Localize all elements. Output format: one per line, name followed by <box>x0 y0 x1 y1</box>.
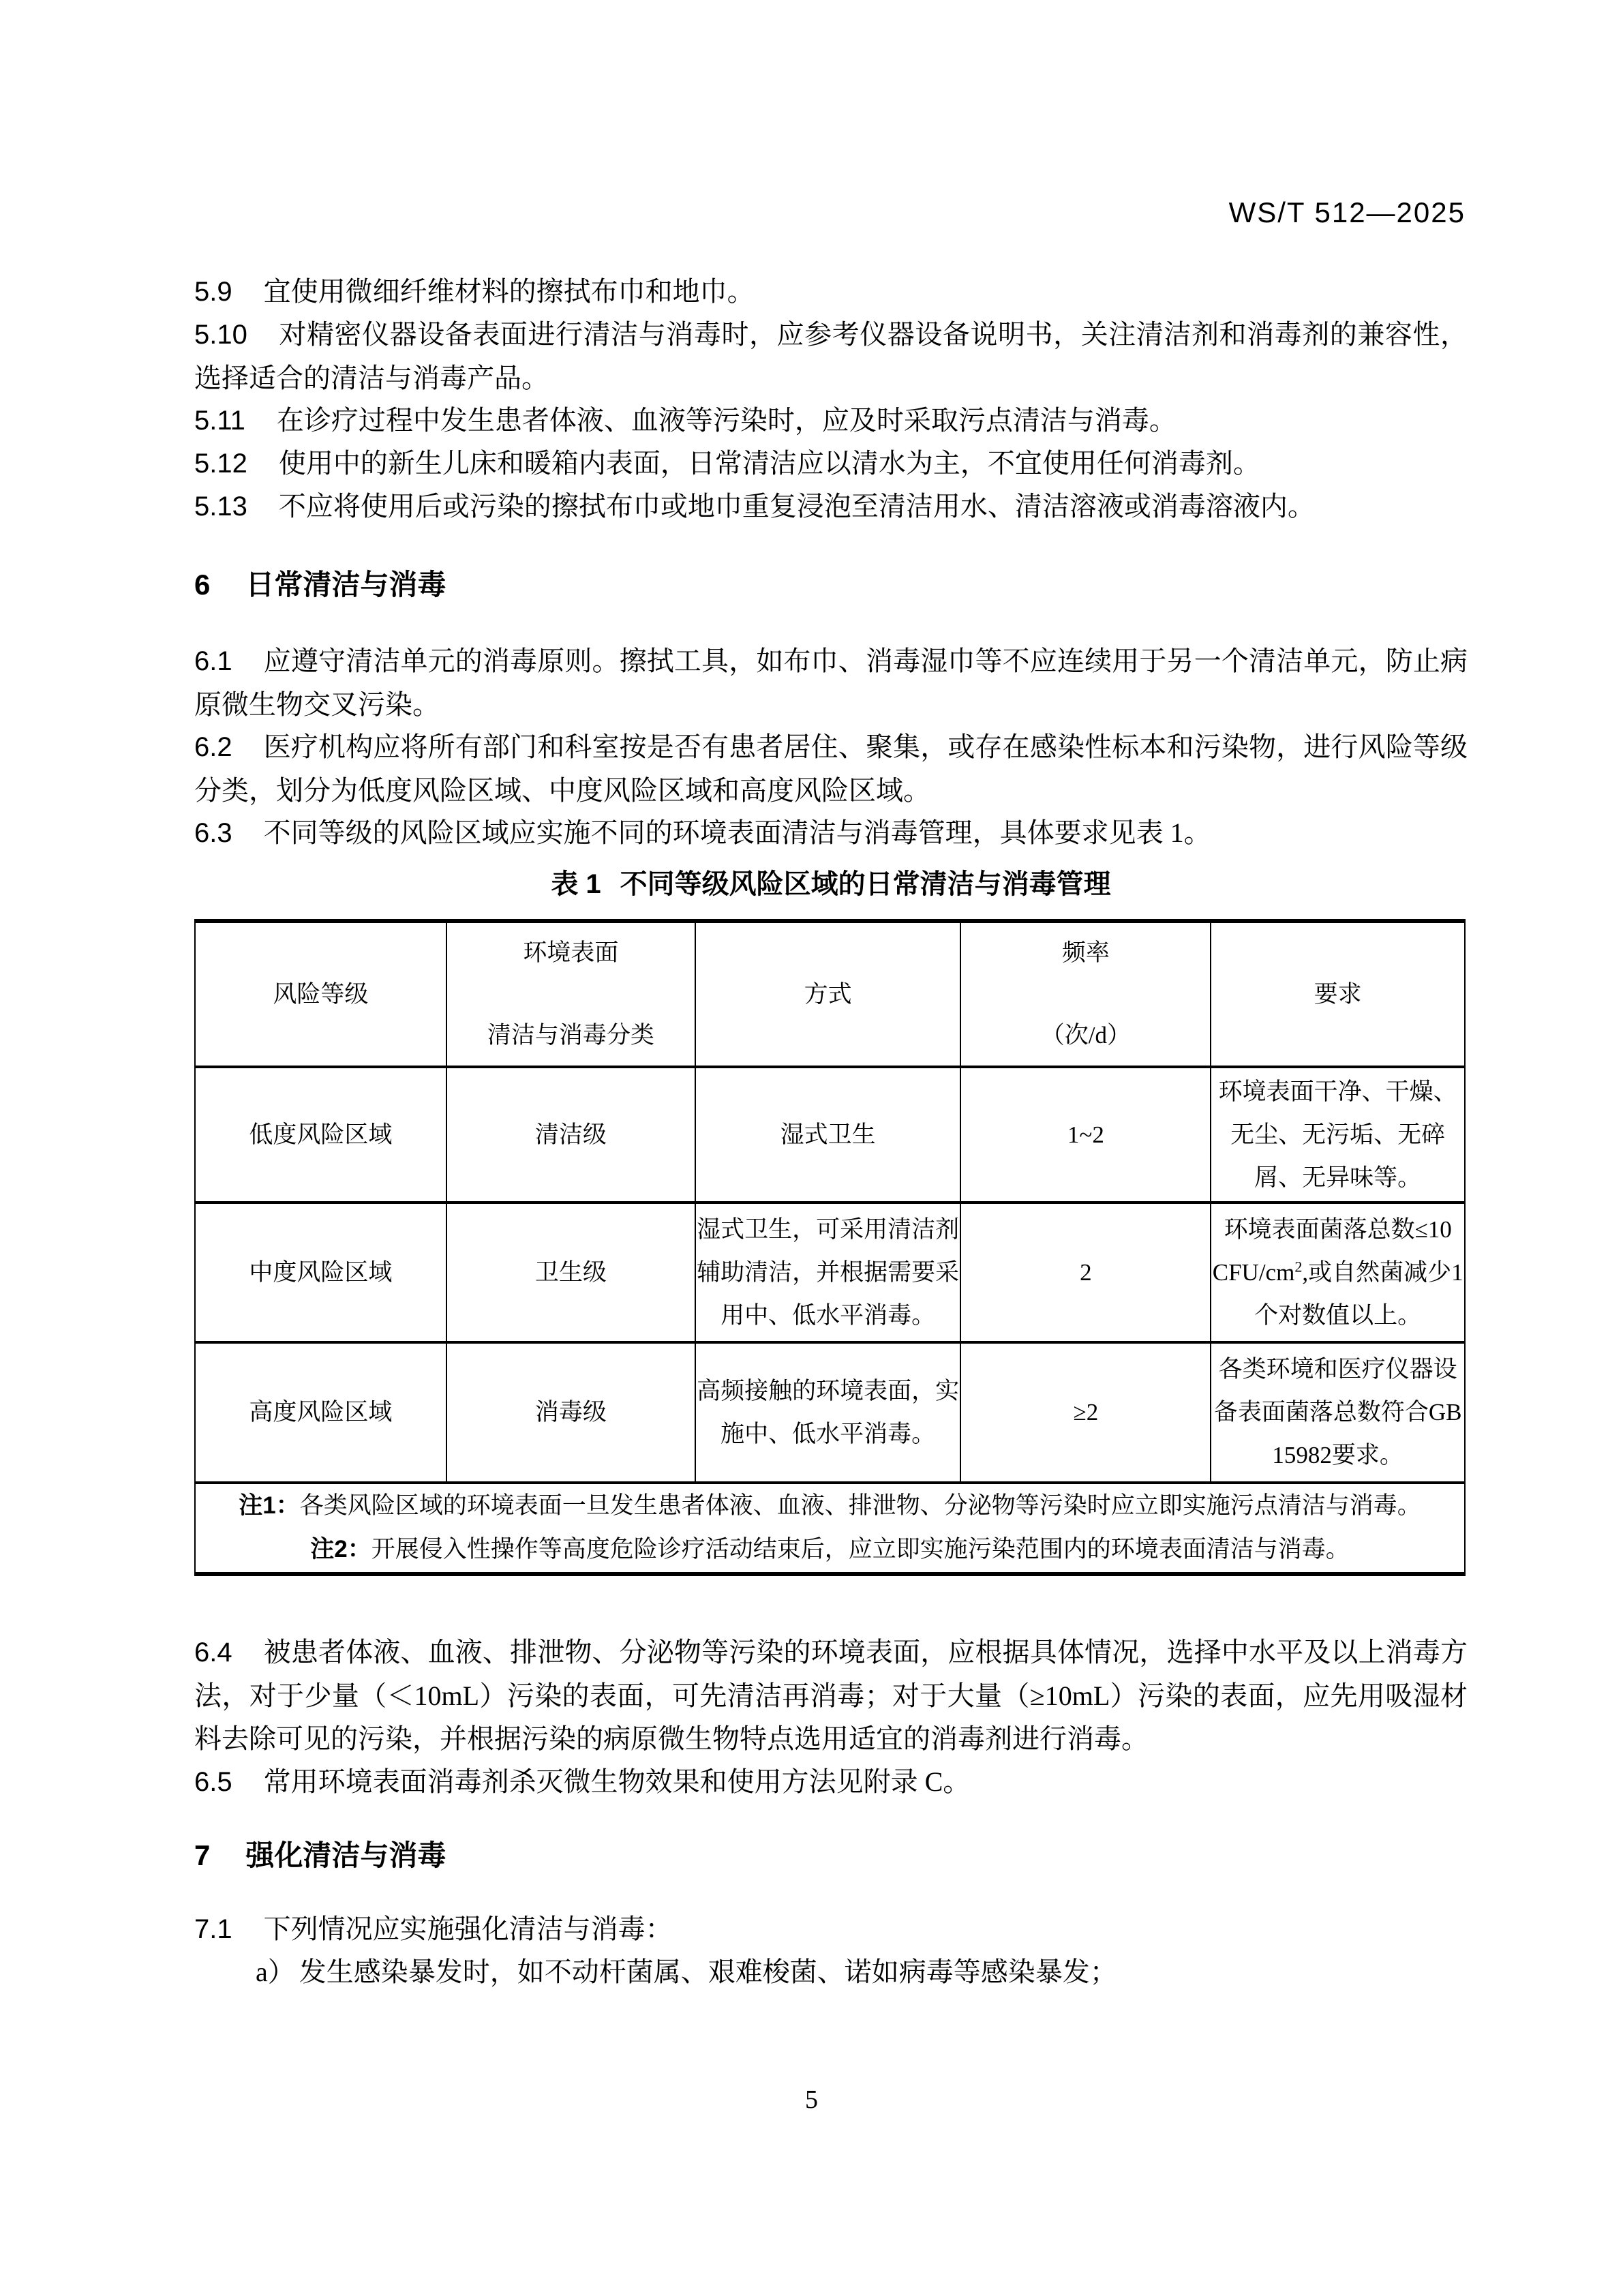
clause-7-1: 7.1下列情况应实施强化清洁与消毒： <box>194 1907 1468 1951</box>
clause-number: 6.4 <box>194 1637 232 1667</box>
clause-number: 6.1 <box>194 646 232 676</box>
cell-freq-low: 1~2 <box>960 1067 1211 1203</box>
header-method: 方式 <box>695 921 960 1067</box>
section-6-heading: 6日常清洁与消毒 <box>194 563 1468 606</box>
page-number: 5 <box>0 2085 1623 2115</box>
cell-class-high: 消毒级 <box>446 1342 695 1483</box>
req-medium-superscript: 2 <box>1294 1258 1302 1275</box>
clause-text: 被患者体液、血液、排泄物、分泌物等污染的环境表面，应根据具体情况，选择中水平及以… <box>194 1637 1468 1754</box>
header-frequency-line1: 频率 <box>961 931 1210 974</box>
table-row-high-risk: 高度风险区域 消毒级 高频接触的环境表面，实施中、低水平消毒。 ≥2 各类环境和… <box>195 1342 1465 1483</box>
clause-number: 5.9 <box>194 277 232 307</box>
clause-text: 使用中的新生儿床和暖箱内表面，日常清洁应以清水为主，不宜使用任何消毒剂。 <box>279 448 1260 479</box>
header-surface-class: 环境表面 清洁与消毒分类 <box>446 921 695 1067</box>
clause-text: 不同等级的风险区域应实施不同的环境表面清洁与消毒管理，具体要求见表 1。 <box>264 817 1211 848</box>
header-surface-class-line1: 环境表面 <box>447 931 695 974</box>
clause-text: 对精密仪器设备表面进行清洁与消毒时，应参考仪器设备说明书，关注清洁剂和消毒剂的兼… <box>194 319 1468 393</box>
table-note-2: 注2：开展侵入性操作等高度危险诊疗活动结束后，应立即实施污染范围内的环境表面清洁… <box>196 1528 1464 1571</box>
list-item-text: 发生感染暴发时，如不动杆菌属、艰难梭菌、诺如病毒等感染暴发； <box>299 1957 1117 1987</box>
table-caption-label: 表 1 <box>551 869 601 899</box>
section-number: 7 <box>194 1839 210 1871</box>
list-item-label: a） <box>256 1957 295 1987</box>
clause-text: 下列情况应实施强化清洁与消毒： <box>264 1914 673 1944</box>
clause-text: 医疗机构应将所有部门和科室按是否有患者居住、聚集，或存在感染性标本和污染物，进行… <box>194 731 1468 806</box>
cell-method-high: 高频接触的环境表面，实施中、低水平消毒。 <box>695 1342 960 1483</box>
cell-class-medium: 卫生级 <box>446 1203 695 1342</box>
table-notes-row: 注1：各类风险区域的环境表面一旦发生患者体液、血液、排泄物、分泌物等污染时应立即… <box>195 1483 1465 1574</box>
section-7-heading: 7强化清洁与消毒 <box>194 1834 1468 1877</box>
clause-5-10: 5.10对精密仪器设备表面进行清洁与消毒时，应参考仪器设备说明书，关注清洁剂和消… <box>194 313 1468 399</box>
doc-number-header: WS/T 512—2025 <box>194 196 1466 229</box>
clause-6-1: 6.1应遵守清洁单元的消毒原则。擦拭工具，如布巾、消毒湿巾等不应连续用于另一个清… <box>194 639 1468 726</box>
clause-number: 5.13 <box>194 492 247 522</box>
clause-number: 6.5 <box>194 1767 232 1797</box>
section-title: 日常清洁与消毒 <box>245 569 446 601</box>
table-notes: 注1：各类风险区域的环境表面一旦发生患者体液、血液、排泄物、分泌物等污染时应立即… <box>195 1483 1465 1574</box>
clause-text: 在诊疗过程中发生患者体液、血液等污染时，应及时采取污点清洁与消毒。 <box>277 405 1177 436</box>
header-frequency: 频率 （次/d） <box>960 921 1211 1067</box>
table-caption-text: 不同等级风险区域的日常清洁与消毒管理 <box>620 869 1111 899</box>
clause-6-4: 6.4被患者体液、血液、排泄物、分泌物等污染的环境表面，应根据具体情况，选择中水… <box>194 1631 1468 1760</box>
clause-number: 6.2 <box>194 732 232 762</box>
header-risk-level: 风险等级 <box>195 921 446 1067</box>
section-title: 强化清洁与消毒 <box>245 1839 446 1871</box>
cell-req-high: 各类环境和医疗仪器设备表面菌落总数符合GB 15982要求。 <box>1211 1342 1465 1483</box>
table-1-caption: 表 1不同等级风险区域的日常清洁与消毒管理 <box>194 863 1468 906</box>
clause-text: 常用环境表面消毒剂杀灭微生物效果和使用方法见附录 C。 <box>264 1766 971 1797</box>
clause-6-5: 6.5常用环境表面消毒剂杀灭微生物效果和使用方法见附录 C。 <box>194 1760 1468 1804</box>
header-frequency-line2: （次/d） <box>961 1014 1210 1057</box>
header-surface-class-line2: 清洁与消毒分类 <box>447 1014 695 1057</box>
clause-5-13: 5.13不应将使用后或污染的擦拭布巾或地巾重复浸泡至清洁用水、清洁溶液或消毒溶液… <box>194 485 1468 528</box>
table-row-low-risk: 低度风险区域 清洁级 湿式卫生 1~2 环境表面干净、干燥、无尘、无污垢、无碎屑… <box>195 1067 1465 1203</box>
cell-risk-high: 高度风险区域 <box>195 1342 446 1483</box>
note-2-label: 注2： <box>310 1536 371 1562</box>
cell-freq-high: ≥2 <box>960 1342 1211 1483</box>
clause-6-3: 6.3不同等级的风险区域应实施不同的环境表面清洁与消毒管理，具体要求见表 1。 <box>194 811 1468 855</box>
clause-number: 5.12 <box>194 449 247 479</box>
table-row-medium-risk: 中度风险区域 卫生级 湿式卫生，可采用清洁剂辅助清洁，并根据需要采用中、低水平消… <box>195 1203 1465 1342</box>
document-page: WS/T 512—2025 5.9宜使用微细纤维材料的擦拭布巾和地巾。 5.10… <box>0 0 1623 2296</box>
clause-5-11: 5.11在诊疗过程中发生患者体液、血液等污染时，应及时采取污点清洁与消毒。 <box>194 399 1468 442</box>
clause-number: 5.10 <box>194 320 247 350</box>
header-requirement: 要求 <box>1211 921 1465 1067</box>
clause-number: 6.3 <box>194 818 232 848</box>
cell-req-medium: 环境表面菌落总数≤10 CFU/cm2,或自然菌减少1个对数值以上。 <box>1211 1203 1465 1342</box>
cell-risk-medium: 中度风险区域 <box>195 1203 446 1342</box>
cell-req-low: 环境表面干净、干燥、无尘、无污垢、无碎屑、无异味等。 <box>1211 1067 1465 1203</box>
clause-text: 应遵守清洁单元的消毒原则。擦拭工具，如布巾、消毒湿巾等不应连续用于另一个清洁单元… <box>194 646 1468 720</box>
cell-class-low: 清洁级 <box>446 1067 695 1203</box>
table-1: 风险等级 环境表面 清洁与消毒分类 方式 频率 （次/d） 要求 低度风险区域 … <box>194 919 1466 1576</box>
clause-number: 5.11 <box>194 406 245 436</box>
clause-5-12: 5.12使用中的新生儿床和暖箱内表面，日常清洁应以清水为主，不宜使用任何消毒剂。 <box>194 442 1468 485</box>
cell-method-low: 湿式卫生 <box>695 1067 960 1203</box>
note-1-label: 注1： <box>239 1492 299 1519</box>
list-item-a: a）发生感染暴发时，如不动杆菌属、艰难梭菌、诺如病毒等感染暴发； <box>256 1950 1468 1993</box>
clause-text: 不应将使用后或污染的擦拭布巾或地巾重复浸泡至清洁用水、清洁溶液或消毒溶液内。 <box>279 491 1315 522</box>
table-header-row: 风险等级 环境表面 清洁与消毒分类 方式 频率 （次/d） 要求 <box>195 921 1465 1067</box>
clause-5-9: 5.9宜使用微细纤维材料的擦拭布巾和地巾。 <box>194 270 1468 314</box>
clause-number: 7.1 <box>194 1914 232 1944</box>
cell-method-medium: 湿式卫生，可采用清洁剂辅助清洁，并根据需要采用中、低水平消毒。 <box>695 1203 960 1342</box>
table-note-1: 注1：各类风险区域的环境表面一旦发生患者体液、血液、排泄物、分泌物等污染时应立即… <box>196 1484 1464 1528</box>
section-number: 6 <box>194 569 210 601</box>
cell-freq-medium: 2 <box>960 1203 1211 1342</box>
note-1-text: 各类风险区域的环境表面一旦发生患者体液、血液、排泄物、分泌物等污染时应立即实施污… <box>300 1492 1421 1519</box>
clause-text: 宜使用微细纤维材料的擦拭布巾和地巾。 <box>264 276 755 307</box>
clause-6-2: 6.2医疗机构应将所有部门和科室按是否有患者居住、聚集，或存在感染性标本和污染物… <box>194 725 1468 812</box>
cell-risk-low: 低度风险区域 <box>195 1067 446 1203</box>
note-2-text: 开展侵入性操作等高度危险诊疗活动结束后，应立即实施污染范围内的环境表面清洁与消毒… <box>371 1536 1350 1562</box>
